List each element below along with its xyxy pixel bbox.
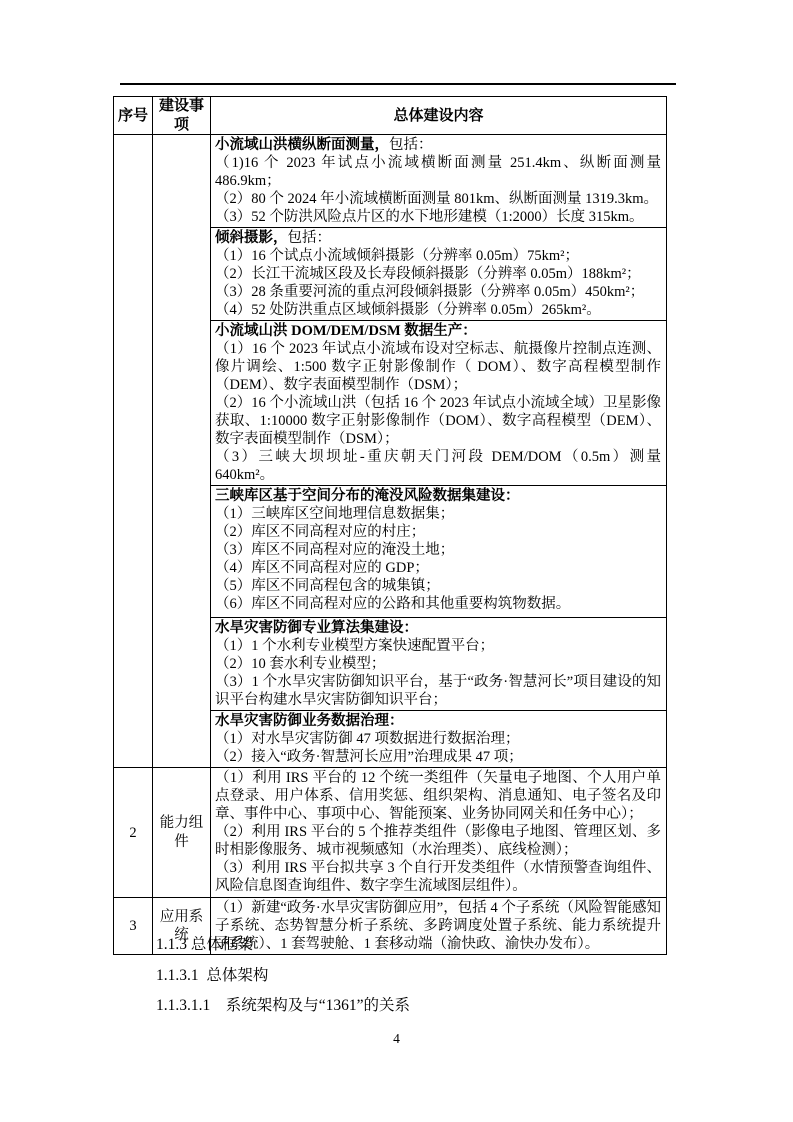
content-item: （2）80 个 2024 年小流域横断面测量 801km、纵断面测量 1319.…: [215, 190, 661, 208]
row3-serial: 3: [129, 917, 136, 935]
content-item: （2）10 套水利专业模型；: [215, 655, 661, 673]
construction-content-table: 序号 建设事项 总体建设内容 小流域山洪横纵断面测量，包括： （1)16 个 2…: [113, 96, 667, 955]
block-title-line: 小流域山洪横纵断面测量，包括：: [215, 136, 661, 154]
content-item: （2）库区不同高程对应的村庄；: [215, 523, 661, 541]
heading-1-1-3-1: 1.1.3.1 总体架构: [156, 967, 410, 985]
content-item: （4）库区不同高程对应的 GDP；: [215, 559, 661, 577]
section-headings: 1.1.3 总体框架 1.1.3.1 总体架构 1.1.3.1.1 系统架构及与…: [156, 936, 410, 1015]
document-page: 序号 建设事项 总体建设内容 小流域山洪横纵断面测量，包括： （1)16 个 2…: [0, 0, 793, 1122]
content-item: （5）库区不同高程包含的城集镇；: [215, 577, 661, 595]
page-number: 4: [0, 1031, 793, 1047]
content-item: （1）利用 IRS 平台的 12 个统一类组件（矢量电子地图、个人用户单点登录、…: [215, 769, 661, 823]
content-item: （2）长江干流城区段及长寿段倾斜摄影（分辨率 0.05m）188km²；: [215, 265, 661, 283]
block-title-suffix: 包括：: [288, 230, 332, 246]
heading-1-1-3: 1.1.3 总体框架: [156, 936, 410, 954]
content-item: （6）库区不同高程对应的公路和其他重要构筑物数据。: [215, 595, 661, 613]
table-row-2: 2 能力组件 （1）利用 IRS 平台的 12 个统一类组件（矢量电子地图、个人…: [114, 768, 666, 898]
block-title-line: 倾斜摄影，包括：: [215, 229, 661, 247]
block-dom-dem-dsm-production: 小流域山洪 DOM/DEM/DSM 数据生产： （1）16 个 2023 年试点…: [211, 321, 666, 486]
block-title-line: 三峡库区基于空间分布的淹没风险数据集建设：: [215, 487, 661, 505]
block-professional-algorithm-set: 水旱灾害防御专业算法集建设： （1）1 个水利专业模型方案快速配置平台； （2）…: [211, 618, 666, 711]
block-business-data-governance: 水旱灾害防御业务数据治理： （1）对水旱灾害防御 47 项数据进行数据治理； （…: [211, 711, 666, 767]
content-item: （3）52 个防洪风险点片区的水下地形建模（1:2000）长度 315km。: [215, 208, 661, 226]
heading-1-1-3-1-1: 1.1.3.1.1 系统架构及与“1361”的关系: [156, 997, 410, 1015]
block-title: 水旱灾害防御专业算法集建设：: [215, 620, 418, 636]
content-item: （1）16 个试点小流域倾斜摄影（分辨率 0.05m）75km²；: [215, 247, 661, 265]
content-item: （3）利用 IRS 平台拟共享 3 个自行开发类组件（水情预警查询组件、风险信息…: [215, 859, 661, 895]
column-header-item: 建设事项: [153, 97, 211, 134]
block-title-line: 水旱灾害防御业务数据治理：: [215, 712, 661, 730]
row2-serial-cell: 2: [114, 768, 153, 897]
content-item: （2）接入“政务·智慧河长应用”治理成果 47 项；: [215, 748, 661, 766]
block-title: 小流域山洪横纵断面测量，: [215, 137, 389, 153]
row2-serial: 2: [129, 824, 136, 842]
page-header-rule: [120, 83, 676, 85]
block-title-line: 小流域山洪 DOM/DEM/DSM 数据生产：: [215, 322, 661, 340]
row1-serial-cell: [114, 135, 153, 767]
content-item: （2）16 个小流域山洪（包括 16 个 2023 年试点小流域全域）卫星影像获…: [215, 394, 661, 448]
content-item: （3）库区不同高程对应的淹没土地；: [215, 541, 661, 559]
row1-content-cell: 小流域山洪横纵断面测量，包括： （1)16 个 2023 年试点小流域横断面测量…: [211, 135, 666, 767]
row2-item-cell: 能力组件: [153, 768, 211, 897]
table-row-1: 小流域山洪横纵断面测量，包括： （1)16 个 2023 年试点小流域横断面测量…: [114, 135, 666, 768]
content-item: （3）三峡大坝坝址-重庆朝天门河段 DEM/DOM（0.5m）测量 640km²…: [215, 448, 661, 484]
block-cross-section-survey: 小流域山洪横纵断面测量，包括： （1)16 个 2023 年试点小流域横断面测量…: [211, 135, 666, 228]
row2-content-cell: （1）利用 IRS 平台的 12 个统一类组件（矢量电子地图、个人用户单点登录、…: [211, 768, 666, 897]
content-item: （1）16 个 2023 年试点小流域布设对空标志、航摄像片控制点连测、像片调绘…: [215, 340, 661, 394]
row3-serial-cell: 3: [114, 898, 153, 954]
block-oblique-photography: 倾斜摄影，包括： （1）16 个试点小流域倾斜摄影（分辨率 0.05m）75km…: [211, 228, 666, 321]
table-header-row: 序号 建设事项 总体建设内容: [114, 97, 666, 135]
block-title: 水旱灾害防御业务数据治理：: [215, 713, 404, 729]
content-item: （3）1 个水旱灾害防御知识平台，基于“政务·智慧河长”项目建设的知识平台构建水…: [215, 673, 661, 709]
content-item: （1）三峡库区空间地理信息数据集；: [215, 505, 661, 523]
content-item: （1)16 个 2023 年试点小流域横断面测量 251.4km、纵断面测量 4…: [215, 154, 661, 190]
block-title: 倾斜摄影，: [215, 230, 288, 246]
content-item: （2）利用 IRS 平台的 5 个推荐类组件（影像电子地图、管理区划、多时相影像…: [215, 823, 661, 859]
content-item: （1）对水旱灾害防御 47 项数据进行数据治理；: [215, 730, 661, 748]
block-title: 三峡库区基于空间分布的淹没风险数据集建设：: [215, 488, 520, 504]
block-title-line: 水旱灾害防御专业算法集建设：: [215, 619, 661, 637]
block-title: 小流域山洪 DOM/DEM/DSM 数据生产：: [215, 323, 477, 339]
block-title-suffix: 包括：: [389, 137, 433, 153]
content-item: （3）28 条重要河流的重点河段倾斜摄影（分辨率 0.05m）450km²；: [215, 283, 661, 301]
column-header-content: 总体建设内容: [211, 97, 666, 134]
content-item: （1）1 个水利专业模型方案快速配置平台；: [215, 637, 661, 655]
column-header-serial: 序号: [114, 97, 153, 134]
row2-item-label: 能力组件: [159, 814, 204, 851]
block-inundation-risk-dataset: 三峡库区基于空间分布的淹没风险数据集建设： （1）三峡库区空间地理信息数据集； …: [211, 486, 666, 618]
content-item: （4）52 处防洪重点区域倾斜摄影（分辨率 0.05m）265km²。: [215, 301, 661, 319]
row1-item-cell: [153, 135, 211, 767]
